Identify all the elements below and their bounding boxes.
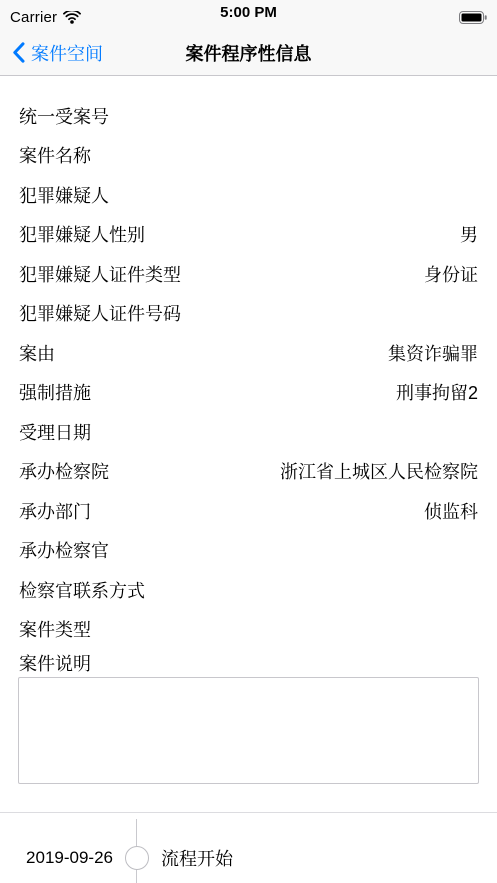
status-bar: Carrier 5:00 PM	[0, 0, 497, 30]
form-row-value: 刑事拘留2	[396, 379, 478, 405]
form-row[interactable]: 承办检察院 浙江省上城区人民检察院	[0, 452, 497, 492]
form-row[interactable]: 犯罪嫌疑人	[0, 175, 497, 215]
form-row[interactable]: 承办部门 侦监科	[0, 491, 497, 531]
form-rows: 统一受案号 案件名称 犯罪嫌疑人 犯罪嫌疑人性别 男 犯罪嫌疑人证件类型 身份证…	[0, 96, 497, 649]
timeline-event[interactable]: 2019-09-26 流程开始	[0, 813, 497, 883]
form-row-label: 犯罪嫌疑人	[19, 182, 109, 208]
form-row[interactable]: 承办检察官	[0, 531, 497, 571]
status-time: 5:00 PM	[0, 4, 497, 21]
form-row-label: 统一受案号	[19, 103, 109, 129]
form-row-case-description: 案件说明	[0, 649, 497, 677]
form-row[interactable]: 案件名称	[0, 136, 497, 176]
form-row-value: 侦监科	[424, 498, 478, 524]
form-row-label: 案件类型	[19, 616, 91, 642]
form-row-value: 男	[460, 221, 478, 247]
form-row-value: 集资诈骗罪	[388, 340, 478, 366]
form-row-label: 犯罪嫌疑人性别	[19, 221, 145, 247]
form-row[interactable]: 检察官联系方式	[0, 570, 497, 610]
form-row[interactable]: 案件类型	[0, 610, 497, 650]
form-row-label: 犯罪嫌疑人证件类型	[19, 261, 181, 287]
form-row-label: 承办检察院	[19, 458, 109, 484]
form-row[interactable]: 强制措施 刑事拘留2	[0, 373, 497, 413]
timeline-node-icon	[125, 846, 149, 870]
top-bar: Carrier 5:00 PM	[0, 0, 497, 76]
nav-bar: 案件空间 案件程序性信息	[0, 30, 497, 75]
timeline-event-label: 流程开始	[161, 845, 233, 871]
form-row[interactable]: 犯罪嫌疑人证件类型 身份证	[0, 254, 497, 294]
form-row-label: 案由	[19, 340, 55, 366]
timeline-footer: 2019-09-26 流程开始	[0, 812, 497, 883]
form-row[interactable]: 犯罪嫌疑人证件号码	[0, 294, 497, 334]
form-row[interactable]: 受理日期	[0, 412, 497, 452]
form-row-label: 检察官联系方式	[19, 577, 145, 603]
page-title: 案件程序性信息	[186, 40, 312, 66]
form-row[interactable]: 犯罪嫌疑人性别 男	[0, 215, 497, 255]
app-screen: Carrier 5:00 PM	[0, 0, 497, 883]
case-description-input[interactable]	[18, 677, 479, 784]
chevron-left-icon	[12, 42, 25, 63]
form-row-label: 受理日期	[19, 419, 91, 445]
form-row[interactable]: 统一受案号	[0, 96, 497, 136]
form-row-value: 浙江省上城区人民检察院	[280, 458, 478, 484]
form-row-label: 强制措施	[19, 379, 91, 405]
form-row-label: 承办检察官	[19, 537, 109, 563]
form-row-label: 犯罪嫌疑人证件号码	[19, 300, 181, 326]
form-row[interactable]: 案由 集资诈骗罪	[0, 333, 497, 373]
timeline-event-date: 2019-09-26	[0, 848, 113, 868]
back-button[interactable]: 案件空间	[12, 30, 103, 75]
form-row-label: 案件名称	[19, 142, 91, 168]
form-row-label: 案件说明	[19, 650, 91, 676]
form-row-label: 承办部门	[19, 498, 91, 524]
case-info-form: 统一受案号 案件名称 犯罪嫌疑人 犯罪嫌疑人性别 男 犯罪嫌疑人证件类型 身份证…	[0, 76, 497, 784]
form-row-value: 身份证	[424, 261, 478, 287]
back-button-label: 案件空间	[31, 40, 103, 66]
